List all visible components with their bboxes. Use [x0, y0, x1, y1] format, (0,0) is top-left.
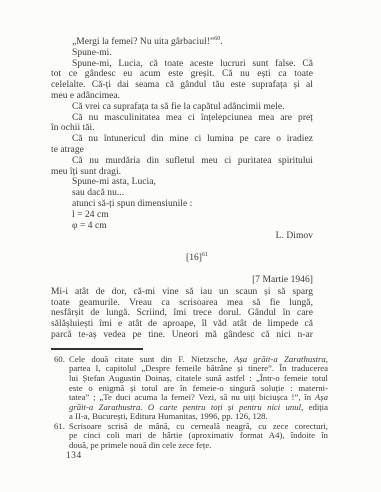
text-line: Spune-mi asta, Lucia, — [51, 177, 313, 188]
text-line-dimension-l: l = 24 cm — [51, 210, 313, 221]
letter-number-heading: [16]61 — [51, 253, 313, 264]
book-page: „Mergi la femei? Nu uita gârbaciul!”60. … — [0, 0, 381, 492]
text-line: sălășluiești îmi e atât de aproape, îl v… — [51, 319, 313, 330]
text-line: atunci să-ți spun dimensiunile : — [51, 199, 313, 210]
letter-number: [16] — [186, 253, 202, 263]
text-line-dimension-phi: φ = 4 cm — [51, 221, 313, 232]
footnote-segment-italic: grăit-a Zarathustra. O carte pentru toți… — [69, 402, 301, 412]
text-line: meu e adâncimea. — [51, 91, 313, 102]
footnote-segment: tatea” ; „Te duci acuma la femei? Vezi, … — [69, 392, 315, 402]
footnote-number: 61. — [54, 422, 69, 451]
text-line: Că nu murdăria din sufletul meu ci purit… — [51, 156, 313, 167]
text-line: Spune-mi. — [51, 48, 313, 59]
text-line: Că nu întunericul din mine ci lumina pe … — [51, 134, 313, 145]
text-line: Mi-i atât de dor, că-mi vine să iau un s… — [51, 287, 313, 298]
footnote-number: 60. — [54, 355, 69, 422]
footnotes-section: 60. Cele două citate sunt din F. Nietzsc… — [51, 355, 328, 451]
page-content: „Mergi la femei? Nu uita gârbaciul!”60. … — [51, 37, 328, 451]
letter-signature: L. Dimov — [51, 231, 313, 242]
footnote-segment: , — [326, 354, 328, 364]
footnote-segment: partea I, capitolul „Despre femeile bătr… — [69, 363, 328, 373]
footnote-segment: două, pe primele nouă din cele zece fețe… — [69, 440, 211, 450]
text-line: Că vrei ca suprafața ta să fie la capătu… — [51, 102, 313, 113]
footnote-60: 60. Cele două citate sunt din F. Nietzsc… — [54, 355, 328, 422]
text-line: celelalte. Că-ți dai seama că gândul tău… — [51, 80, 313, 91]
footnote-separator-rule — [51, 348, 143, 350]
footnote-segment-italic: Așa — [315, 392, 328, 402]
text-line: te atrage — [51, 145, 313, 156]
footnote-text: Cele două citate sunt din F. Nietzsche, … — [69, 355, 328, 422]
text-line: sau dacă nu... — [51, 188, 313, 199]
footnote-line: două, pe primele nouă din cele zece fețe… — [69, 441, 328, 451]
footnote-segment: este o enigmă și totul are în femeie-o s… — [69, 383, 328, 393]
text-line: meu îți sunt dragi. — [51, 167, 313, 178]
footnote-segment: a II-a, București, Editura Humanitas, 19… — [69, 411, 268, 421]
text-line: în ochii tăi. — [51, 123, 313, 134]
text-line: tot ce gândesc eu acum este greșit. Că n… — [51, 69, 313, 80]
quote-text-end: . — [220, 37, 222, 47]
text-line: Că nu masculinitatea mea ci înțelepciune… — [51, 113, 313, 124]
quote-text: „Mergi la femei? Nu uita gârbaciul!” — [72, 37, 214, 47]
footnote-segment: Cele două citate sunt din F. Nietzsche, — [69, 354, 234, 364]
letter-prev-body: „Mergi la femei? Nu uita gârbaciul!”60. … — [51, 37, 313, 341]
footnote-segment: , ediția — [301, 402, 328, 412]
text-line-quote: „Mergi la femei? Nu uita gârbaciul!”60. — [51, 37, 313, 48]
letter-16-body: Mi-i atât de dor, că-mi vine să iau un s… — [51, 287, 313, 341]
text-line: parcă te-aș vedea pe tine. Uneori mă gân… — [51, 330, 313, 341]
footnote-text: Scrisoare scrisă de mână, cu cerneală ne… — [69, 422, 328, 451]
text-line: Spune-mi, Lucia, că toate aceste lucruri… — [51, 59, 313, 70]
footnote-segment-italic: Așa grăit-a Zarathustra — [234, 354, 326, 364]
letter-date: [7 Martie 1946] — [51, 275, 313, 286]
footnote-61: 61. Scrisoare scrisă de mână, cu cerneal… — [54, 422, 328, 451]
footnote-segment: Scrisoare scrisă de mână, cu cerneală ne… — [69, 421, 328, 431]
text-line: toate geamurile. Vreau ca scrisoarea mea… — [51, 298, 313, 309]
footnote-segment: lui Ștefan Augustin Doinaș, citatele sun… — [69, 373, 328, 383]
footnote-ref-61: 61 — [202, 252, 208, 258]
text-line: nesfârșit de lungă. Scriind, îmi trece d… — [51, 308, 313, 319]
footnote-segment: pe cinci coli mari de hârtie (aproximati… — [69, 430, 328, 440]
page-number: 134 — [66, 451, 82, 461]
